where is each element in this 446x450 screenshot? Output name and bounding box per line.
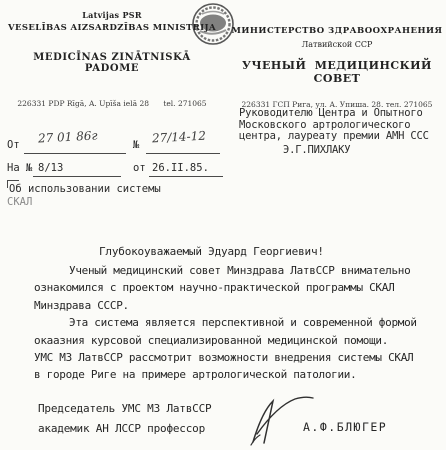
subject-line-1: Об использовании системы <box>9 183 161 195</box>
reply-date-label: от <box>133 162 146 174</box>
body-line: Эта система является перспективной и сов… <box>34 314 434 331</box>
recipient-line: Руководителю Центра и Опытного <box>239 108 429 120</box>
handwritten-signature-icon <box>243 390 321 448</box>
recipient-line: центра, лауреату премии АМН ССС <box>239 131 429 143</box>
body-line: ознакомился с проектом научно-практическ… <box>34 279 434 296</box>
from-label: От <box>7 139 20 151</box>
letterhead-latvian: Latvijas PSR VESELĪBAS AIZSARDZĪBAS MINI… <box>6 10 218 108</box>
scanned-letter-page: Latvijas PSR VESELĪBAS AIZSARDZĪBAS MINI… <box>0 0 446 450</box>
body-line: в городе Риге на примере артрологической… <box>34 366 434 383</box>
handwritten-number: 27/14-12 <box>152 129 207 146</box>
recipient-block: Руководителю Центра и Опытного Московско… <box>239 108 429 156</box>
body-line: Ученый медицинский совет Минздрава ЛатвС… <box>34 262 434 279</box>
signer-titles: Председатель УМС МЗ ЛатвССР академик АН … <box>38 399 211 438</box>
letterhead-latvian-address: 226331 PDP Rīgā, A. Upīša ielā 28 tel. 2… <box>6 99 218 108</box>
signer-title-line: Председатель УМС МЗ ЛатвССР <box>38 399 211 419</box>
letterhead-russian: МИНИСТЕРСТВО ЗДРАВООХРАНЕНИЯ Латвийской … <box>230 26 444 109</box>
subject-line-2: СКАЛ <box>7 196 32 208</box>
letterhead-russian-republic: Латвийской ССР <box>230 40 444 49</box>
signature-strokes <box>243 390 321 448</box>
letterhead-russian-council: УЧЕНЫЙ МЕДИЦИНСКИЙ СОВЕТ <box>230 59 444 85</box>
salutation: Глубокоуважаемый Эдуард Георгиевич! <box>99 245 324 258</box>
reply-to-label: На № <box>7 162 32 174</box>
signer-name: А.Ф.БЛЮГЕР <box>303 420 387 434</box>
body-line: окаазния курсовой специализированной мед… <box>34 332 434 349</box>
reply-number: 8/13 <box>38 162 63 174</box>
number-label: № <box>133 139 139 151</box>
letterhead-latvian-ministry: VESELĪBAS AIZSARDZĪBAS MINISTRIJA <box>6 23 218 33</box>
recipient-name: Э.Г.ПИХЛАКУ <box>283 145 429 157</box>
letterhead-latvian-council: MEDICĪNAS ZINĀTNISKĀ PADOME <box>6 52 218 74</box>
letter-body: Ученый медицинский совет Минздрава ЛатвС… <box>34 262 434 384</box>
letterhead-latvian-republic: Latvijas PSR <box>6 10 218 20</box>
body-line: Минздрава СССР. <box>34 297 434 314</box>
reply-date: 26.II.85. <box>152 162 209 174</box>
body-line: УМС МЗ ЛатвССР рассмотрит возможности вн… <box>34 349 434 366</box>
letterhead-russian-ministry: МИНИСТЕРСТВО ЗДРАВООХРАНЕНИЯ <box>230 26 444 36</box>
signer-title-line: академик АН ЛССР профессор <box>38 419 211 439</box>
